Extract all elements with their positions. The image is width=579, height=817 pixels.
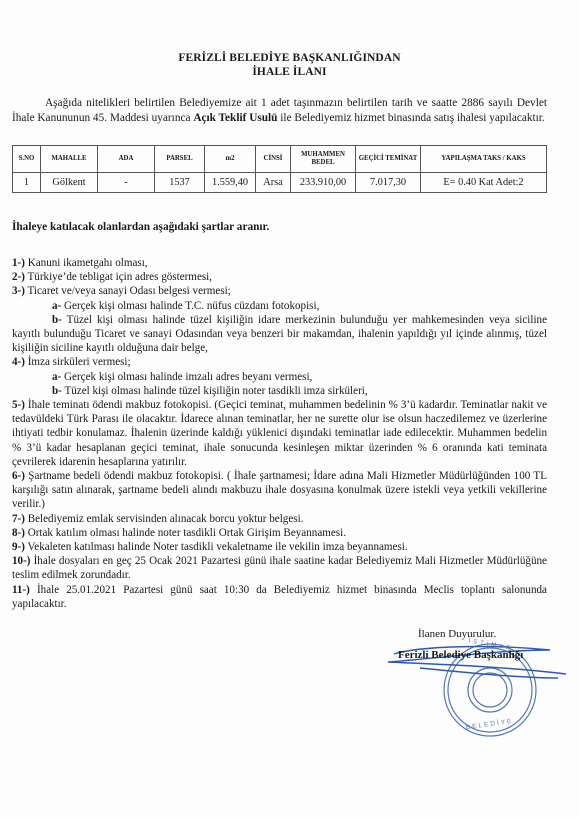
condition-item: 10-) İhale dosyaları en geç 25 Ocak 2021… <box>12 554 547 582</box>
condition-text: Ticaret ve/veya sanayi Odası belgesi ver… <box>25 285 231 297</box>
intro-bold: Açık Teklif Usulü <box>193 112 277 124</box>
condition-text: Türkiye’de tebligat için adres göstermes… <box>25 271 212 283</box>
condition-item: a- Gerçek kişi olması halinde imzalı adr… <box>12 370 547 384</box>
condition-item: b- Tüzel kişi olması halinde tüzel kişil… <box>12 384 547 398</box>
condition-number: 4-) <box>12 356 25 368</box>
document-title: FERİZLİ BELEDİYE BAŞKANLIĞINDAN <box>0 52 579 64</box>
condition-number: b- <box>52 385 62 397</box>
condition-item: 9-) Vekaleten katılması halinde Noter ta… <box>12 540 547 554</box>
condition-number: 10-) <box>12 555 30 567</box>
condition-text: İhale dosyaları en geç 25 Ocak 2021 Paza… <box>12 555 547 581</box>
condition-number: a- <box>52 371 61 383</box>
table-cell: E= 0.40 Kat Adet:2 <box>421 173 547 193</box>
condition-item: 7-) Belediyemiz emlak servisinden alınac… <box>12 512 547 526</box>
condition-text: Vekaleten katılması halinde Noter tasdik… <box>25 541 408 553</box>
condition-text: İmza sirküleri vermesi; <box>25 356 131 368</box>
condition-number: a- <box>52 300 61 312</box>
condition-text: Ortak katılım olması halinde noter tasdi… <box>25 527 346 539</box>
condition-text: İhale teminatı ödendi makbuz fotokopisi.… <box>12 399 547 468</box>
table-header-cell: MUHAMMEN BEDEL <box>291 146 356 173</box>
condition-number: 7-) <box>12 513 25 525</box>
table-header-cell: m2 <box>205 146 256 173</box>
condition-item: 2-) Türkiye’de tebligat için adres göste… <box>12 270 547 284</box>
intro-text-2: ile Belediyemiz hizmet binasında satış i… <box>277 112 544 124</box>
intro-paragraph: Aşağıda nitelikleri belirtilen Belediyem… <box>12 96 547 125</box>
table-cell: Arsa <box>256 173 291 193</box>
table-cell: 1 <box>13 173 41 193</box>
table-cell: - <box>98 173 155 193</box>
condition-number: 3-) <box>12 285 25 297</box>
condition-item: 1-) Kanuni ikametgahı olması, <box>12 256 547 270</box>
condition-number: 11-) <box>12 584 30 596</box>
condition-number: b- <box>52 314 62 326</box>
condition-item: 3-) Ticaret ve/veya sanayi Odası belgesi… <box>12 284 547 298</box>
table-cell: Gölkent <box>41 173 98 193</box>
condition-item: 8-) Ortak katılım olması halinde noter t… <box>12 526 547 540</box>
condition-text: Gerçek kişi olması halinde T.C. nüfus cü… <box>61 300 319 312</box>
condition-text: Tüzel kişi olması halinde tüzel kişiliği… <box>12 314 547 354</box>
table-header-cell: GEÇİCİ TEMİNAT <box>356 146 421 173</box>
property-table: S.NOMAHALLEADAPARSELm2CİNSİMUHAMMEN BEDE… <box>12 145 547 193</box>
table-header-cell: PARSEL <box>155 146 205 173</box>
condition-text: Şartname bedeli ödendi makbuz fotokopisi… <box>12 470 547 510</box>
condition-number: 6-) <box>12 470 25 482</box>
condition-number: 1-) <box>12 257 25 269</box>
condition-text: İhale 25.01.2021 Pazartesi günü saat 10:… <box>12 584 547 610</box>
table-row: 1Gölkent-15371.559,40Arsa233.910,007.017… <box>13 173 547 193</box>
table-cell: 7.017,30 <box>356 173 421 193</box>
condition-number: 9-) <box>12 541 25 553</box>
condition-item: 6-) Şartname bedeli ödendi makbuz fotoko… <box>12 469 547 512</box>
conditions-list: 1-) Kanuni ikametgahı olması,2-) Türkiye… <box>12 256 547 611</box>
table-header-cell: MAHALLE <box>41 146 98 173</box>
table-header-cell: CİNSİ <box>256 146 291 173</box>
conditions-heading: İhaleye katılacak olanlardan aşağıdaki ş… <box>12 221 269 233</box>
condition-text: Belediyemiz emlak servisinden alınacak b… <box>25 513 304 525</box>
table-header-cell: YAPILAŞMA TAKS / KAKS <box>421 146 547 173</box>
condition-number: 2-) <box>12 271 25 283</box>
signature-block: BELEDİYE İSTİMYE İlanen Duyurulur. Feriz… <box>380 628 579 768</box>
table-cell: 1537 <box>155 173 205 193</box>
condition-item: a- Gerçek kişi olması halinde T.C. nüfus… <box>12 299 547 313</box>
condition-text: Tüzel kişi olması halinde tüzel kişiliği… <box>62 385 368 397</box>
announcement-text: İlanen Duyurulur. <box>418 628 496 640</box>
document-page: FERİZLİ BELEDİYE BAŞKANLIĞINDAN İHALE İL… <box>0 0 579 817</box>
condition-item: 4-) İmza sirküleri vermesi; <box>12 355 547 369</box>
condition-item: b- Tüzel kişi olması halinde tüzel kişil… <box>12 313 547 356</box>
table-cell: 233.910,00 <box>291 173 356 193</box>
document-subtitle: İHALE İLANI <box>0 66 579 78</box>
table-cell: 1.559,40 <box>205 173 256 193</box>
table-header-row: S.NOMAHALLEADAPARSELm2CİNSİMUHAMMEN BEDE… <box>13 146 547 173</box>
condition-number: 5-) <box>12 399 25 411</box>
table-header-cell: S.NO <box>13 146 41 173</box>
condition-text: Gerçek kişi olması halinde imzalı adres … <box>61 371 312 383</box>
authority-name: Ferizli Belediye Başkanlığı <box>398 649 523 661</box>
table-header-cell: ADA <box>98 146 155 173</box>
condition-item: 5-) İhale teminatı ödendi makbuz fotokop… <box>12 398 547 469</box>
condition-number: 8-) <box>12 527 25 539</box>
condition-item: 11-) İhale 25.01.2021 Pazartesi günü saa… <box>12 583 547 611</box>
condition-text: Kanuni ikametgahı olması, <box>25 257 148 269</box>
